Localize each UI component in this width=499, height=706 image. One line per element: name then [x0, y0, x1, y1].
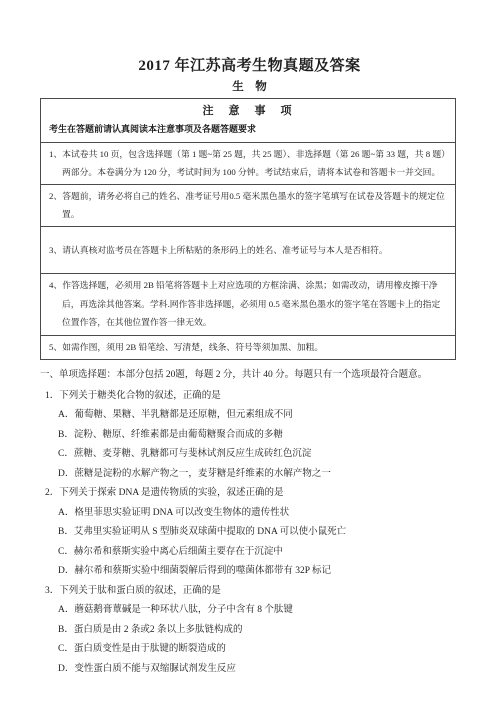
- question-2-option-c: C．赫尔希和蔡斯实验中离心后细菌主要存在于沉淀中: [45, 543, 461, 563]
- question-2-option-b: B．艾弗里实验证明从 S 型肺炎双球菌中提取的 DNA 可以使小鼠死亡: [45, 523, 461, 543]
- question-3: 3．下列关于肽和蛋白质的叙述，正确的是 A．蘑菇鹅膏蕈碱是一种环状八肽，分子中含…: [45, 582, 461, 680]
- notice-row-3: 3、请认真核对监考员在答题卡上所粘贴的条形码上的姓名、准考证号与本人是否相符。: [41, 226, 455, 273]
- notice-item-1: 1、本试卷共 10 页，包含选择题（第 1 题~第 25 题，共 25 题）、非…: [41, 143, 455, 184]
- question-1-stem: 1．下列关于糖类化合物的叙述，正确的是: [45, 387, 461, 407]
- notice-header-row: 注 意 事 项 考生在答题前请认真阅读本注意事项及各题答题要求: [41, 99, 455, 142]
- question-list: 1．下列关于糖类化合物的叙述，正确的是 A．葡萄糖、果糖、半乳糖都是还原糖，但元…: [45, 387, 461, 680]
- notice-item-3: 3、请认真核对监考员在答题卡上所粘贴的条形码上的姓名、准考证号与本人是否相符。: [41, 227, 455, 273]
- section-heading: 一、单项选择题：本部分包括 20题，每题 2 分，共计 40 分。每题只有一个选…: [40, 368, 499, 382]
- notice-row-1: 1、本试卷共 10 页，包含选择题（第 1 题~第 25 题，共 25 题）、非…: [41, 142, 455, 184]
- exam-paper-page: 2017 年江苏高考生物真题及答案 生 物 注 意 事 项 考生在答题前请认真阅…: [0, 0, 499, 706]
- notice-item-4: 4、作答选择题，必须用 2B 铅笔将答题卡上对应选项的方框涂满、涂黑；如需改动，…: [41, 274, 455, 335]
- question-3-option-c: C．蛋白质变性是由于肽键的断裂造成的: [45, 640, 461, 660]
- question-2-option-a: A．格里菲思实验证明 DNA 可以改变生物体的遗传性状: [45, 504, 461, 524]
- question-1-option-a: A．葡萄糖、果糖、半乳糖都是还原糖，但元素组成不同: [45, 406, 461, 426]
- question-3-option-a: A．蘑菇鹅膏蕈碱是一种环状八肽，分子中含有 8 个肽键: [45, 601, 461, 621]
- exam-title: 2017 年江苏高考生物真题及答案: [0, 56, 499, 76]
- question-1-option-b: B．淀粉、糖原、纤维素都是由葡萄糖聚合而成的多糖: [45, 426, 461, 446]
- notice-row-5: 5、如需作图，须用 2B 铅笔绘、写清楚，线条、符号等须加黑、加粗。: [41, 335, 455, 359]
- notice-box: 注 意 事 项 考生在答题前请认真阅读本注意事项及各题答题要求 1、本试卷共 1…: [40, 98, 456, 360]
- notice-subheader: 考生在答题前请认真阅读本注意事项及各题答题要求: [49, 124, 447, 135]
- notice-row-4: 4、作答选择题，必须用 2B 铅笔将答题卡上对应选项的方框涂满、涂黑；如需改动，…: [41, 273, 455, 335]
- question-1-option-d: D．蔗糖是淀粉的水解产物之一，麦芽糖是纤维素的水解产物之一: [45, 465, 461, 485]
- question-2-stem: 2．下列关于探索 DNA 是遗传物质的实验，叙述正确的是: [45, 484, 461, 504]
- question-2-option-d: D．赫尔希和蔡斯实验中细菌裂解后得到的噬菌体都带有 32P 标记: [45, 562, 461, 582]
- notice-header: 注 意 事 项: [49, 104, 447, 118]
- subject-heading: 生 物: [0, 81, 499, 94]
- question-2: 2．下列关于探索 DNA 是遗传物质的实验，叙述正确的是 A．格里菲思实验证明 …: [45, 484, 461, 582]
- question-1-option-c: C．蔗糖、麦芽糖、乳糖都可与斐林试剂反应生成砖红色沉淀: [45, 445, 461, 465]
- notice-row-2: 2、答题前，请务必将自己的姓名、准考证号用0.5 毫米黑色墨水的签字笔填写在试卷…: [41, 184, 455, 226]
- notice-item-2: 2、答题前，请务必将自己的姓名、准考证号用0.5 毫米黑色墨水的签字笔填写在试卷…: [41, 185, 455, 226]
- notice-item-5: 5、如需作图，须用 2B 铅笔绘、写清楚，线条、符号等须加黑、加粗。: [41, 336, 455, 359]
- question-3-option-b: B．蛋白质是由 2 条或2 条以上多肽链构成的: [45, 621, 461, 641]
- question-1: 1．下列关于糖类化合物的叙述，正确的是 A．葡萄糖、果糖、半乳糖都是还原糖，但元…: [45, 387, 461, 485]
- question-3-option-d: D．变性蛋白质不能与双缩脲试剂发生反应: [45, 660, 461, 680]
- question-3-stem: 3．下列关于肽和蛋白质的叙述，正确的是: [45, 582, 461, 602]
